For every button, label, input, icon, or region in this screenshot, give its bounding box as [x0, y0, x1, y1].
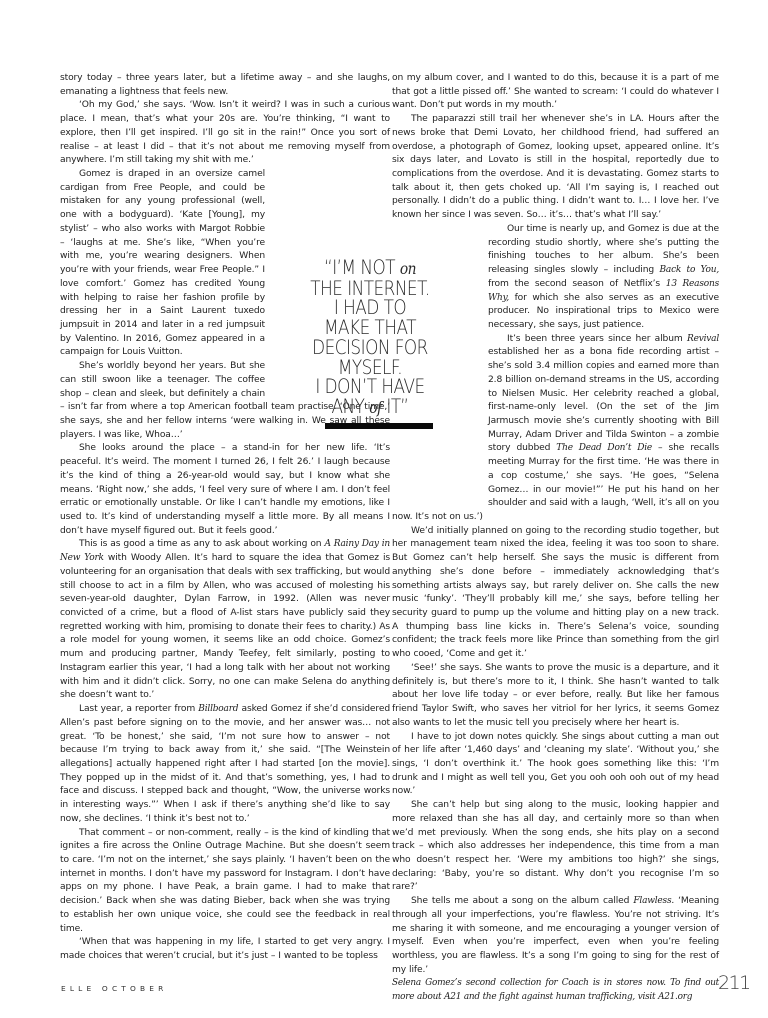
paragraph: ‘Oh my God,’ she says. ‘Wow. Isn’t it we… — [60, 99, 390, 168]
pull-quote-line: I DON’T HAVE — [289, 377, 451, 397]
song-title: Flawless. — [633, 896, 674, 906]
song-title: Back to You, — [660, 265, 719, 275]
pull-quote-divider-bar — [325, 423, 433, 429]
magazine-footer: ELLE OCTOBER — [61, 984, 168, 993]
pull-quote: “I’M NOT on THE INTERNET. I HAD TO MAKE … — [289, 258, 451, 418]
pull-quote-line: “I’M NOT on — [289, 258, 451, 279]
paragraph: ‘See!’ she says. She wants to prove the … — [392, 662, 719, 731]
publication-name: Billboard — [198, 704, 238, 714]
pull-quote-line: ANY of IT” — [289, 397, 451, 418]
paragraph: ‘When that was happening in my life, I s… — [60, 936, 390, 963]
paragraph: We’d initially planned on going to the r… — [392, 525, 719, 662]
paragraph: She tells me about a song on the album c… — [392, 895, 719, 977]
article-left-column: story today – three years later, but a l… — [60, 72, 390, 964]
pull-quote-line: MAKE THAT — [289, 318, 451, 338]
film-title: The Dead Don’t Die — [556, 443, 652, 453]
album-title: Revival — [687, 334, 719, 344]
article-credit: Selena Gomez’s second collection for Coa… — [392, 977, 719, 1004]
paragraph: Last year, a reporter from Billboard ask… — [60, 703, 390, 826]
page-number: 211 — [718, 972, 750, 994]
paragraph: That comment – or non-comment, really – … — [60, 827, 390, 937]
article-right-column: on my album cover, and I wanted to do th… — [392, 72, 719, 1005]
paragraph: She can’t help but sing along to the mus… — [392, 799, 719, 895]
pull-quote-line: DECISION FOR — [289, 338, 451, 358]
paragraph: She looks around the place – a stand-in … — [60, 442, 390, 538]
paragraph: on my album cover, and I wanted to do th… — [392, 72, 719, 113]
paragraph: story today – three years later, but a l… — [60, 72, 390, 99]
paragraph: The paparazzi still trail her whenever s… — [392, 113, 719, 223]
paragraph: This is as good a time as any to ask abo… — [60, 538, 390, 703]
paragraph: I have to jot down notes quickly. She si… — [392, 731, 719, 800]
